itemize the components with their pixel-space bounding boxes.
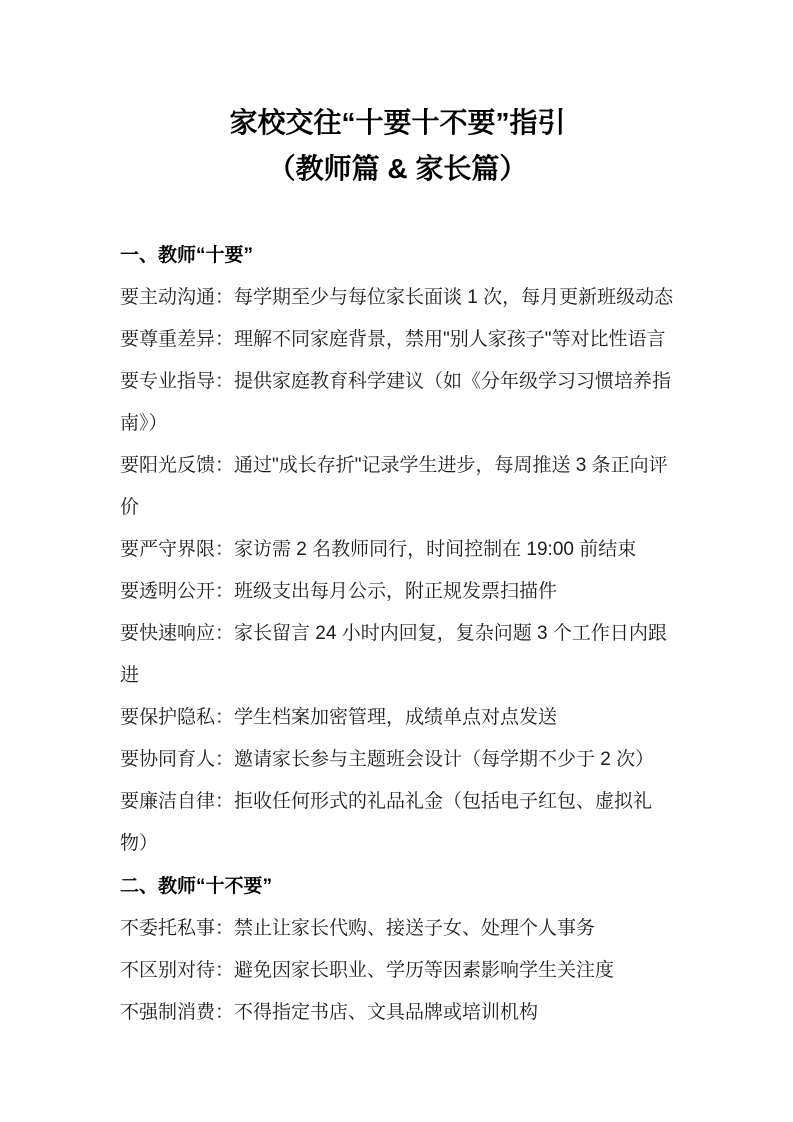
list-item: 不强制消费：不得指定书店、文具品牌或培训机构 xyxy=(120,992,675,1034)
document-page: 家校交往“十要十不要”指引 （教师篇 & 家长篇） 一、教师“十要” 要主动沟通… xyxy=(0,0,793,1122)
list-item: 要保护隐私：学生档案加密管理，成绩单点对点发送 xyxy=(120,697,675,739)
list-item: 要主动沟通：每学期至少与每位家长面谈 1 次，每月更新班级动态 xyxy=(120,277,675,319)
title-block: 家校交往“十要十不要”指引 （教师篇 & 家长篇） xyxy=(120,100,675,192)
section-teacher-do: 一、教师“十要” 要主动沟通：每学期至少与每位家长面谈 1 次，每月更新班级动态… xyxy=(120,234,675,865)
list-item: 不区别对待：避免因家长职业、学历等因素影响学生关注度 xyxy=(120,950,675,992)
list-item: 要专业指导：提供家庭教育科学建议（如《分年级学习习惯培养指南》） xyxy=(120,361,675,445)
list-item: 要快速响应：家长留言 24 小时内回复，复杂问题 3 个工作日内跟进 xyxy=(120,613,675,697)
section-heading: 二、教师“十不要” xyxy=(120,865,675,908)
list-item: 要廉洁自律：拒收任何形式的礼品礼金（包括电子红包、虚拟礼物） xyxy=(120,781,675,865)
list-item: 要严守界限：家访需 2 名教师同行，时间控制在 19:00 前结束 xyxy=(120,529,675,571)
document-body: 一、教师“十要” 要主动沟通：每学期至少与每位家长面谈 1 次，每月更新班级动态… xyxy=(120,234,675,1034)
list-item: 要阳光反馈：通过"成长存折"记录学生进步，每周推送 3 条正向评价 xyxy=(120,445,675,529)
list-item: 要透明公开：班级支出每月公示，附正规发票扫描件 xyxy=(120,571,675,613)
document-title: 家校交往“十要十不要”指引 xyxy=(120,100,675,146)
section-teacher-dont: 二、教师“十不要” 不委托私事：禁止让家长代购、接送子女、处理个人事务 不区别对… xyxy=(120,865,675,1034)
section-heading: 一、教师“十要” xyxy=(120,234,675,277)
document-subtitle: （教师篇 & 家长篇） xyxy=(120,146,675,192)
list-item: 要尊重差异：理解不同家庭背景，禁用"别人家孩子"等对比性语言 xyxy=(120,319,675,361)
list-item: 要协同育人：邀请家长参与主题班会设计（每学期不少于 2 次） xyxy=(120,739,675,781)
list-item: 不委托私事：禁止让家长代购、接送子女、处理个人事务 xyxy=(120,908,675,950)
